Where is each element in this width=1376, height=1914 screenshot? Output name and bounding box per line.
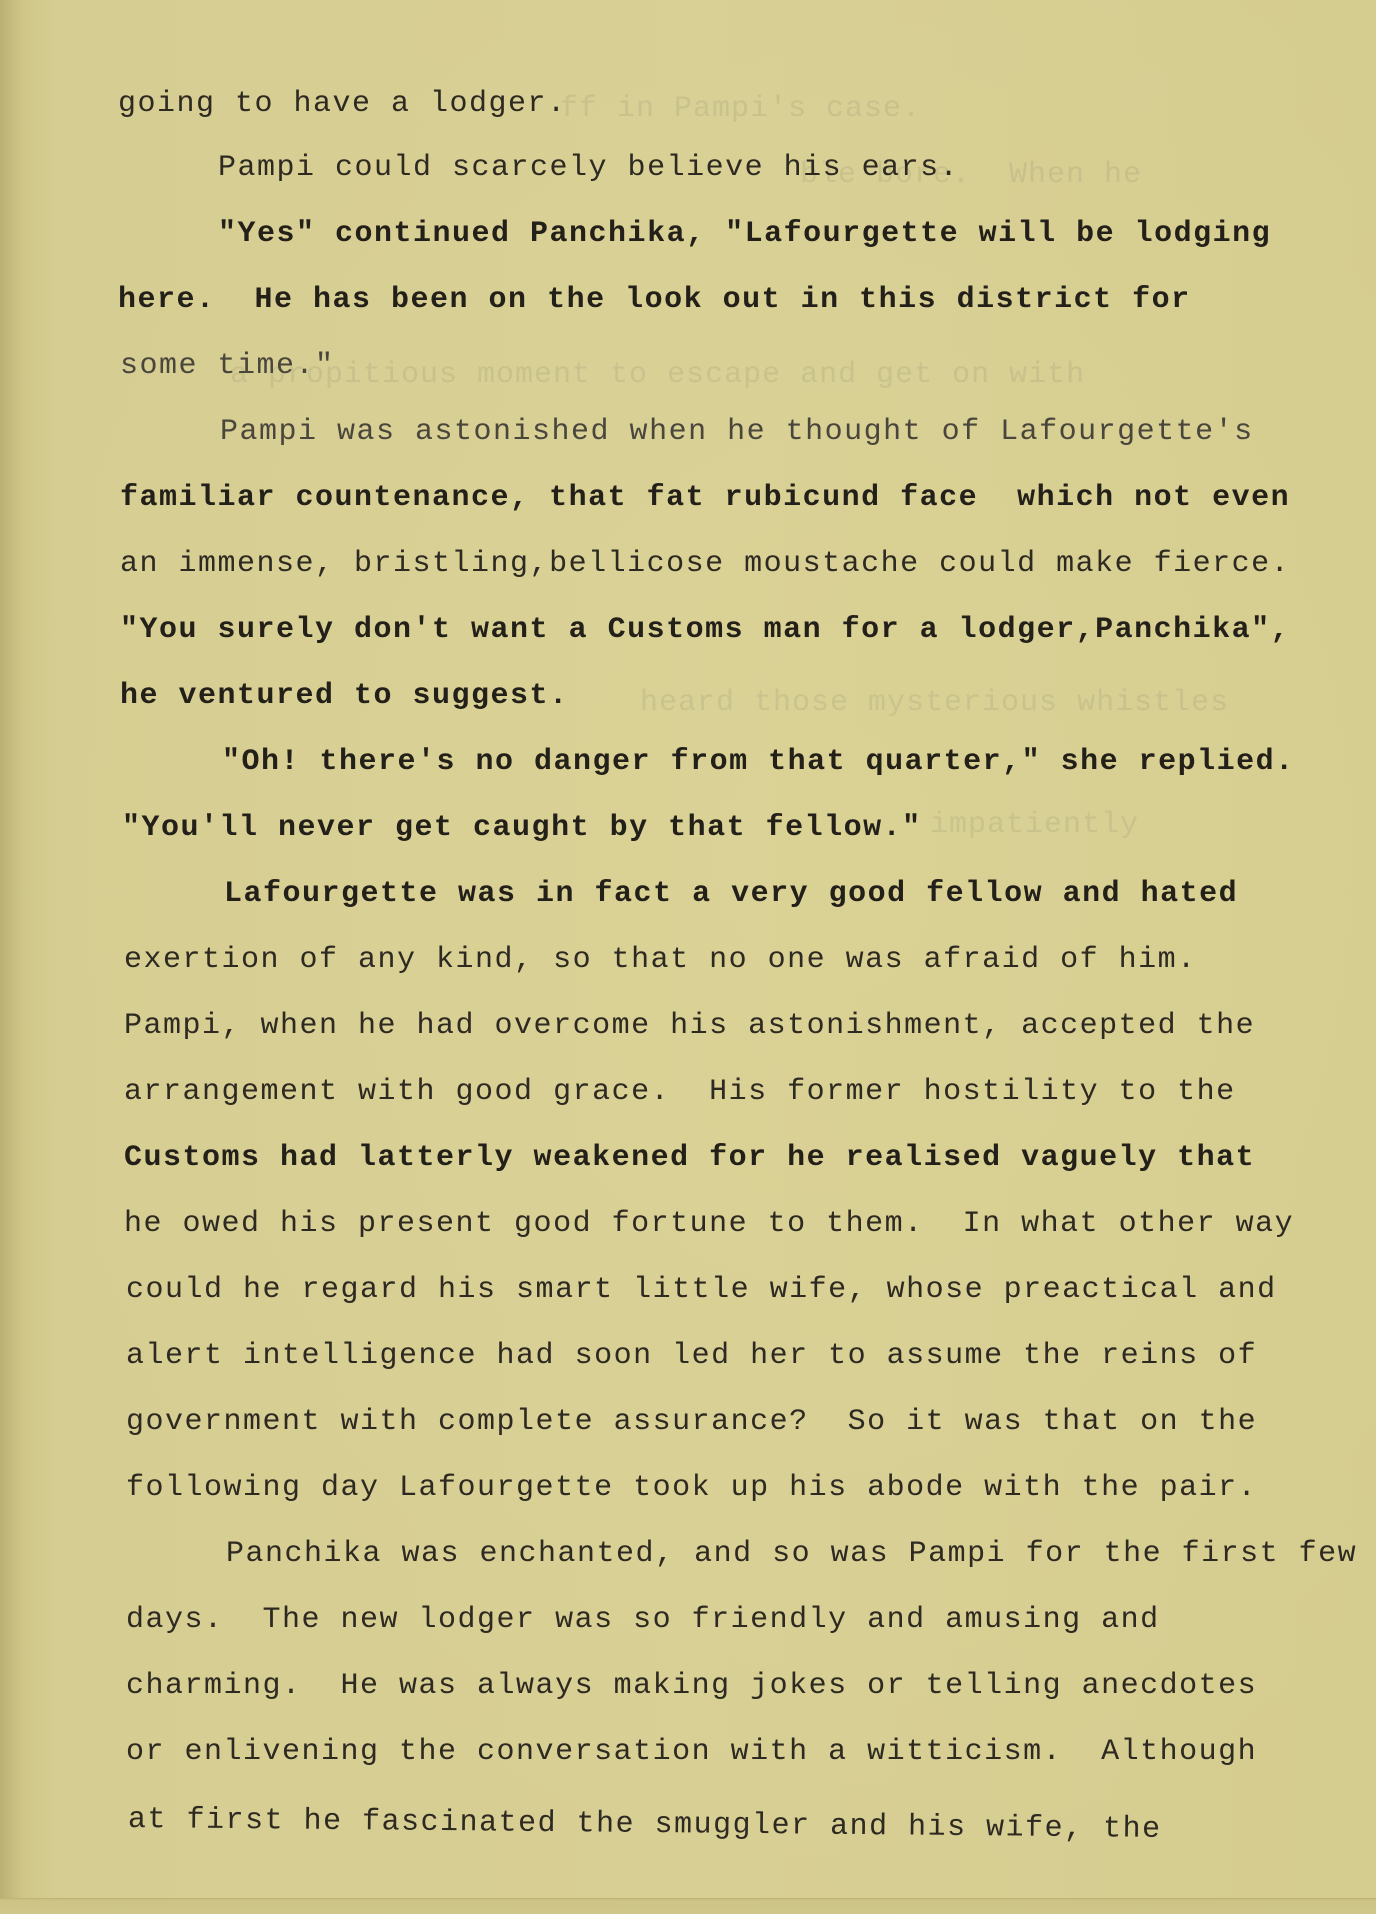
text-line: Customs had latterly weakened for he rea…	[124, 1140, 1255, 1176]
text-line: "You surely don't want a Customs man for…	[120, 612, 1290, 648]
text-line: some time."	[120, 348, 335, 384]
text-line: government with complete assurance? So i…	[126, 1404, 1257, 1440]
text-line: or enlivening the conversation with a wi…	[126, 1734, 1257, 1770]
text-line: Lafourgette was in fact a very good fell…	[224, 876, 1238, 912]
typewritten-body: going to have a lodger. Pampi could scar…	[0, 0, 1376, 1914]
text-line: could he regard his smart little wife, w…	[126, 1272, 1277, 1308]
text-line: Pampi was astonished when he thought of …	[220, 414, 1254, 450]
text-line: Panchika was enchanted, and so was Pampi…	[226, 1536, 1357, 1572]
text-line: days. The new lodger was so friendly and…	[126, 1602, 1160, 1638]
text-line: "You'll never get caught by that fellow.…	[122, 810, 922, 846]
text-line: here. He has been on the look out in thi…	[118, 282, 1191, 318]
text-line: Pampi could scarcely believe his ears.	[218, 150, 959, 186]
text-line: Pampi, when he had overcome his astonish…	[124, 1008, 1255, 1044]
text-line: he ventured to suggest.	[120, 678, 569, 714]
text-line: going to have a lodger.	[118, 86, 567, 122]
text-line: familiar countenance, that fat rubicund …	[120, 480, 1290, 516]
paper-sheet: ff in Pampi's case. ble bore. When he a …	[0, 0, 1376, 1914]
text-line: following day Lafourgette took up his ab…	[126, 1470, 1257, 1506]
text-line: an immense, bristling,bellicose moustach…	[120, 546, 1290, 582]
text-line: arrangement with good grace. His former …	[124, 1074, 1236, 1110]
text-line: at first he fascinated the smuggler and …	[128, 1802, 1162, 1848]
text-line: he owed his present good fortune to them…	[124, 1206, 1294, 1242]
text-line: alert intelligence had soon led her to a…	[126, 1338, 1257, 1374]
text-line: exertion of any kind, so that no one was…	[124, 942, 1197, 978]
text-line: charming. He was always making jokes or …	[126, 1668, 1257, 1704]
text-line: "Oh! there's no danger from that quarter…	[222, 744, 1295, 780]
text-line: "Yes" continued Panchika, "Lafourgette w…	[218, 216, 1271, 252]
